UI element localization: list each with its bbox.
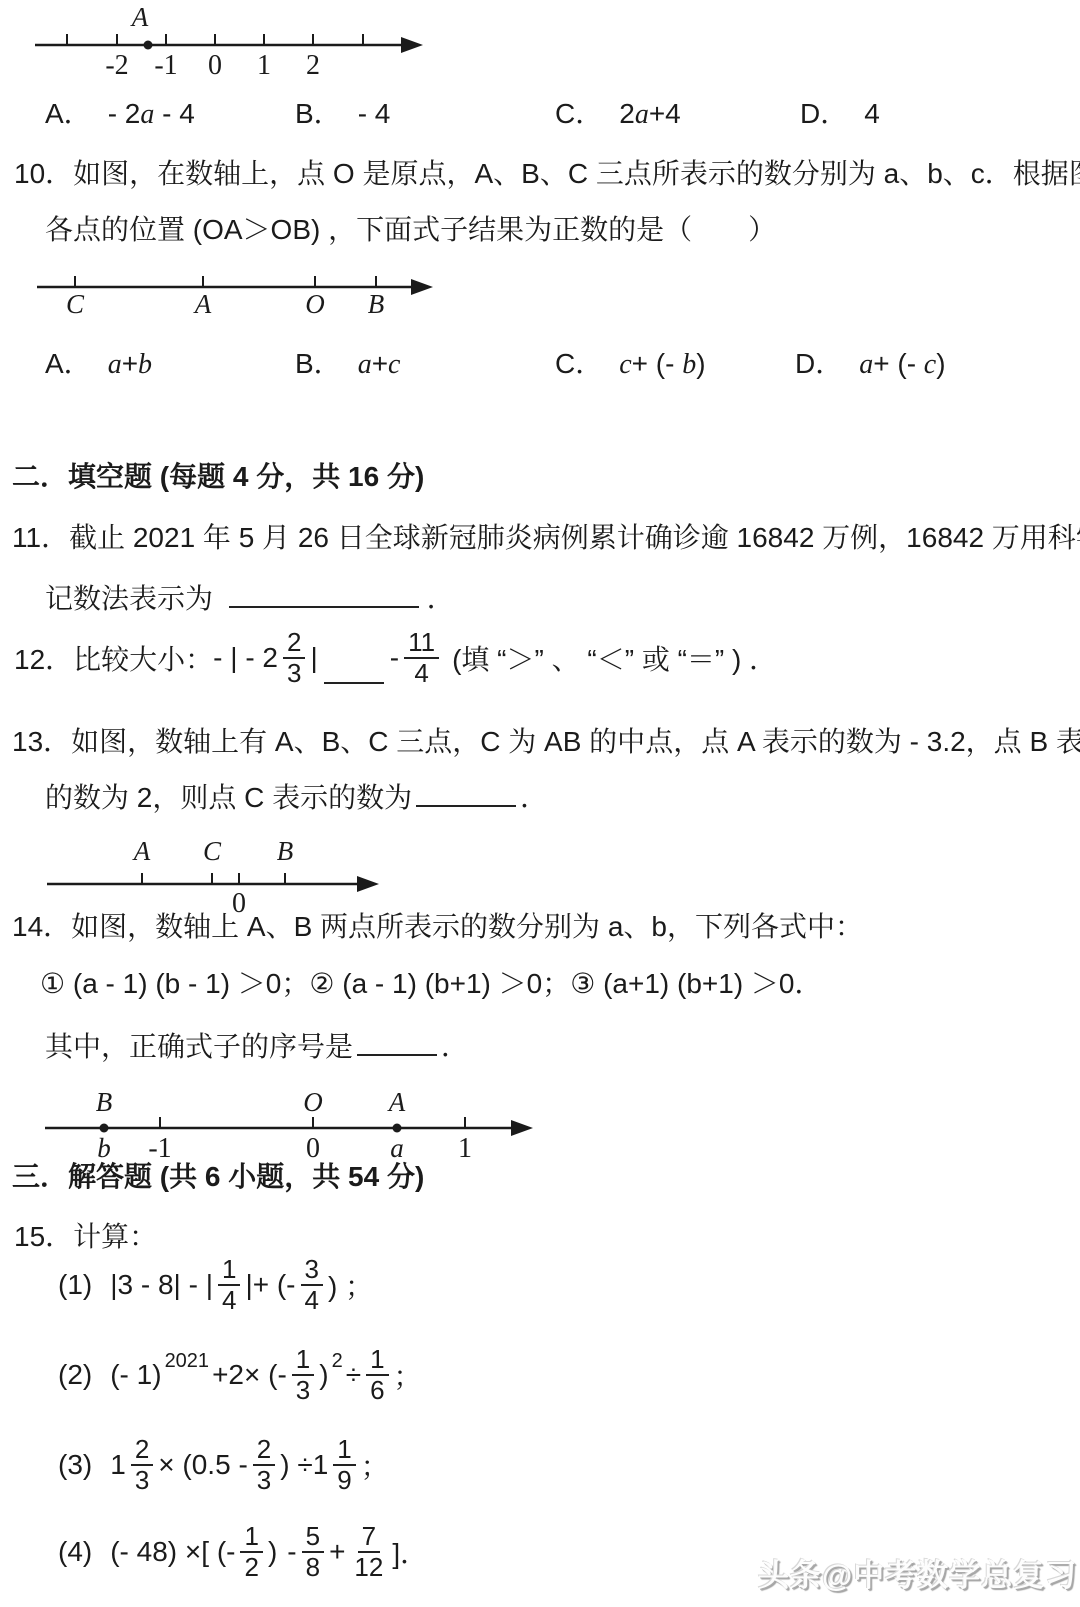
expression-text: -	[287, 1536, 296, 1568]
exam-page: A -2 -1 0 1 2 A．- 2a - 4 B．- 4 C．2a+4 D．…	[0, 0, 1080, 1607]
option-text: 4	[864, 98, 880, 129]
expression-text: )	[268, 1536, 277, 1568]
fraction: 14	[218, 1255, 240, 1315]
option-text: )	[696, 348, 705, 379]
option-key: C．	[555, 98, 603, 129]
point-label: C	[203, 836, 222, 866]
q9-numberline-figure: A -2 -1 0 1 2	[25, 2, 455, 82]
expression-text: ；	[394, 1355, 422, 1395]
option-key: A．	[45, 98, 92, 129]
q13-text-line2: 的数为 2，则点 C 表示的数为．	[45, 776, 548, 816]
point-label: C	[66, 289, 85, 317]
fraction: 16	[366, 1345, 388, 1405]
q12-tail: (填 “＞” 、 “＜” 或 “＝” ) ．	[452, 638, 777, 678]
fraction: 13	[292, 1345, 314, 1405]
variable: a	[358, 349, 372, 380]
fraction: 23	[131, 1435, 153, 1495]
tick-label: 0	[208, 50, 222, 81]
expression-text: ) ÷1	[280, 1449, 328, 1481]
arrowhead-icon	[357, 876, 379, 892]
q14-text-line1: 14．如图，数轴上 A、B 两点所表示的数分别为 a、b，下列各式中：	[12, 905, 863, 945]
option-key: A．	[45, 348, 92, 379]
fraction-numerator: 3	[301, 1255, 323, 1286]
fraction-numerator: 2	[253, 1435, 275, 1466]
point-label: O	[303, 1093, 323, 1117]
section-fill-header: 二．填空题 (每题 4 分，共 16 分)	[12, 455, 424, 495]
point-label: O	[305, 289, 325, 317]
q15-item-2: (2) (- 1) 2021 +2× (- 13 ) 2 ÷ 16 ；	[58, 1338, 422, 1412]
expression-text: |+ (-	[245, 1269, 295, 1301]
q14-text: ．	[441, 1031, 469, 1062]
variable: c	[619, 349, 631, 380]
fraction-denominator: 6	[366, 1376, 388, 1405]
fraction-numerator: 11	[404, 628, 439, 659]
option-text: +	[122, 348, 138, 379]
item-number: (3)	[58, 1449, 92, 1481]
q13-numberline-figure: A C B 0	[38, 830, 383, 915]
q12-expression: |	[310, 642, 317, 674]
fraction-numerator: 1	[292, 1345, 314, 1376]
fraction-denominator: 3	[292, 1376, 314, 1405]
expression-text: ；	[361, 1445, 389, 1485]
fraction: 19	[333, 1435, 355, 1495]
expression-text: 1	[110, 1449, 126, 1481]
q11-text-line1: 11．截止 2021 年 5 月 26 日全球新冠肺炎病例累计确诊逾 16842…	[12, 516, 1080, 556]
point-label: B	[277, 836, 294, 866]
tick-label: -2	[105, 50, 128, 81]
footer-watermark: 头条@中考数学总复习	[758, 1550, 1077, 1595]
q10-option-a: A．a+b	[45, 342, 152, 382]
variable: a	[108, 349, 122, 380]
section-solve-header: 三．解答题 (共 6 小题，共 54 分)	[12, 1155, 424, 1195]
fraction-denominator: 4	[410, 659, 432, 688]
answer-blank	[357, 1032, 437, 1056]
q9-options-row: A．- 2a - 4 B．- 4 C．2a+4 D．4	[0, 92, 1080, 128]
point-dot	[100, 1124, 109, 1133]
q12-expression: - | - 2	[213, 642, 278, 674]
point-dot	[144, 41, 153, 50]
variable: a	[140, 99, 154, 130]
tick-label: -1	[154, 50, 177, 81]
fraction-denominator: 4	[301, 1286, 323, 1315]
expression-text: ÷	[346, 1359, 361, 1391]
q9-option-a: A．- 2a - 4	[45, 92, 195, 132]
fraction: 23	[283, 628, 305, 688]
fraction-denominator: 8	[302, 1553, 324, 1582]
item-number: (1)	[58, 1269, 92, 1301]
q9-option-c: C．2a+4	[555, 92, 681, 132]
expression-text: × (0.5 -	[158, 1449, 247, 1481]
fraction: 34	[301, 1255, 323, 1315]
fraction-numerator: 2	[283, 628, 305, 659]
fraction-denominator: 2	[240, 1553, 262, 1582]
answer-blank	[229, 584, 419, 608]
answer-blank	[416, 783, 516, 807]
option-text: +4	[649, 98, 681, 129]
q9-option-b: B．- 4	[295, 92, 390, 132]
q9-option-d: D．4	[800, 92, 880, 132]
exponent: 2	[332, 1350, 343, 1373]
fraction-denominator: 3	[283, 659, 305, 688]
fraction-numerator: 1	[240, 1522, 262, 1553]
fraction: 58	[302, 1522, 324, 1582]
option-key: B．	[295, 348, 342, 379]
expression-text: ]．	[392, 1532, 428, 1572]
fraction-denominator: 3	[253, 1466, 275, 1495]
q15-item-3: (3) 1 23 × (0.5 - 23 ) ÷1 19 ；	[58, 1428, 389, 1502]
fraction-numerator: 5	[302, 1522, 324, 1553]
q10-option-b: B．a+c	[295, 342, 400, 382]
fraction: 114	[404, 628, 439, 688]
fraction-numerator: 2	[131, 1435, 153, 1466]
q14-expressions-line: ① (a - 1) (b - 1) ＞0；② (a - 1) (b+1) ＞0；…	[40, 962, 823, 1002]
expression-text: (- 48) ×[ (-	[110, 1536, 235, 1568]
q15-item-1: (1) |3 - 8| - | 14 |+ (- 34 ) ；	[58, 1248, 373, 1322]
tick-label: 2	[306, 50, 320, 81]
option-text: - 4	[358, 98, 391, 129]
option-key: B．	[295, 98, 342, 129]
expression-text: |3 - 8| - |	[110, 1269, 213, 1301]
fraction: 12	[240, 1522, 262, 1582]
expression-text: )	[319, 1359, 328, 1391]
expression-text: ) ；	[328, 1265, 373, 1305]
variable: c	[924, 349, 936, 380]
option-text: - 2	[108, 98, 141, 129]
fraction-denominator: 4	[218, 1286, 240, 1315]
q12-line: 12．比较大小： - | - 2 23 | - 114 (填 “＞” 、 “＜”…	[14, 622, 777, 694]
fraction-denominator: 9	[333, 1466, 355, 1495]
arrowhead-icon	[511, 1120, 533, 1136]
arrowhead-icon	[401, 37, 423, 53]
q15-item-4: (4) (- 48) ×[ (- 12 ) - 58 + 712 ]．	[58, 1515, 428, 1589]
variable: a	[859, 349, 873, 380]
fraction: 23	[253, 1435, 275, 1495]
option-text: + (-	[873, 348, 924, 379]
option-key: C．	[555, 348, 603, 379]
q10-numberline-figure: C A O B	[30, 255, 600, 317]
point-label: B	[96, 1093, 113, 1117]
fraction-numerator: 7	[358, 1522, 380, 1553]
point-dot	[393, 1124, 402, 1133]
q12-label: 12．比较大小：	[14, 638, 213, 678]
q12-expression: -	[390, 642, 399, 674]
q11-text-line2: 记数法表示为 ．	[45, 577, 455, 617]
q11-text: ．	[427, 583, 455, 614]
item-number: (2)	[58, 1359, 92, 1391]
option-text: - 4	[154, 98, 194, 129]
fraction-numerator: 1	[218, 1255, 240, 1286]
fraction-denominator: 12	[350, 1553, 387, 1582]
q10-option-c: C．c+ (- b)	[555, 342, 706, 382]
fraction-denominator: 3	[131, 1466, 153, 1495]
q11-text: 记数法表示为	[45, 583, 213, 614]
expression-text: (- 1)	[110, 1359, 161, 1391]
option-text: )	[936, 348, 945, 379]
option-text: 2	[619, 98, 635, 129]
answer-blank	[324, 660, 384, 684]
option-key: D．	[795, 348, 843, 379]
variable: b	[682, 349, 696, 380]
point-label: A	[193, 289, 212, 317]
q10-options-row: A．a+b B．a+c C．c+ (- b) D．a+ (- c)	[0, 342, 1080, 378]
expression-text: +	[329, 1536, 345, 1568]
fraction-numerator: 1	[366, 1345, 388, 1376]
q14-text: 其中，正确式子的序号是	[45, 1031, 353, 1062]
option-text: +	[372, 348, 388, 379]
tick-label: 1	[257, 50, 271, 81]
item-number: (4)	[58, 1536, 92, 1568]
point-label: A	[132, 836, 151, 866]
variable: a	[635, 99, 649, 130]
q10-option-d: D．a+ (- c)	[795, 342, 946, 382]
q13-text: 的数为 2，则点 C 表示的数为	[45, 782, 412, 813]
arrowhead-icon	[411, 279, 433, 295]
q10-text-line2: 各点的位置 (OA＞OB) ，下面式子结果为正数的是（ ）	[45, 208, 776, 248]
q14-text-line3: 其中，正确式子的序号是．	[45, 1025, 469, 1065]
q13-text-line1: 13．如图，数轴上有 A、B、C 三点，C 为 AB 的中点，点 A 表示的数为…	[12, 720, 1080, 760]
expression-text: +2× (-	[212, 1359, 287, 1391]
fraction: 712	[350, 1522, 387, 1582]
q10-text-line1: 10．如图，在数轴上，点 O 是原点，A、B、C 三点所表示的数分别为 a、b、…	[14, 152, 1080, 192]
fraction-numerator: 1	[333, 1435, 355, 1466]
variable: c	[388, 349, 400, 380]
point-label: A	[130, 2, 149, 32]
option-text: + (-	[632, 348, 683, 379]
q13-text: ．	[520, 782, 548, 813]
point-label: B	[368, 289, 385, 317]
option-key: D．	[800, 98, 848, 129]
exponent: 2021	[165, 1350, 210, 1373]
point-label: A	[387, 1093, 406, 1117]
tick-label: 1	[458, 1133, 472, 1164]
variable: b	[138, 349, 152, 380]
